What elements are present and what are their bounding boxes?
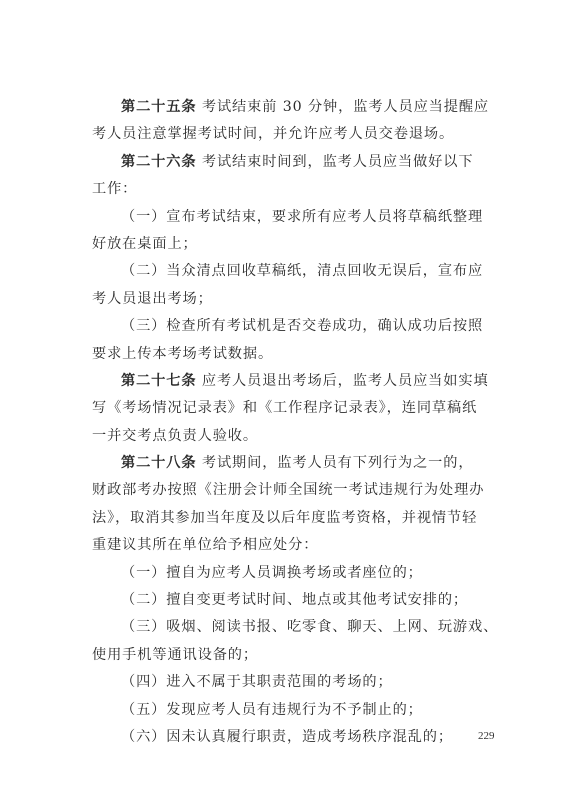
article-28-item-6: （六）因未认真履行职责，造成考场秩序混乱的； [92,724,472,751]
article-28-line-4: 重建议其所在单位给予相应处分： [92,532,472,559]
article-26-item-3-cont: 要求上传本考场考试数据。 [92,341,472,368]
line-text: 工作： [92,181,137,197]
line-text: 考人员注意掌握考试时间，并允许应考人员交卷退场。 [92,126,454,142]
line-text: （四）进入不属于其职责范围的考场的； [121,674,393,690]
line-text: 考试期间，监考人员有下列行为之一的， [196,455,473,471]
line-text: （六）因未认真履行职责，造成考场秩序混乱的； [121,729,453,745]
article-26-item-2-cont: 考人员退出考场； [92,286,472,313]
article-25-line-1: 第二十五条 考试结束前 30 分钟，监考人员应当提醒应 [92,94,472,121]
article-28-item-5: （五）发现应考人员有违规行为不予制止的； [92,697,472,724]
line-text: 使用手机等通讯设备的； [92,647,258,663]
line-text: 好放在桌面上； [92,236,198,252]
line-text: （三）吸烟、阅读书报、吃零食、聊天、上网、玩游戏、 [121,619,498,635]
line-text: （二）当众清点回收草稿纸，清点回收无误后，宣布应 [121,263,483,279]
article-28-line-3: 法》，取消其参加当年度及以后年度监考资格，并视情节轻 [92,505,472,532]
line-text: 财政部考办按照《注册会计师全国统一考试违规行为处理办 [92,482,484,498]
article-26-item-1: （一）宣布考试结束，要求所有应考人员将草稿纸整理 [92,204,472,231]
line-text: （一）宣布考试结束，要求所有应考人员将草稿纸整理 [121,209,483,225]
line-text: （二）擅自变更考试时间、地点或其他考试安排的； [121,592,468,608]
page-number: 229 [478,730,495,742]
line-text: （一）擅自为应考人员调换考场或者座位的； [121,565,423,581]
article-25-line-2: 考人员注意掌握考试时间，并允许应考人员交卷退场。 [92,121,472,148]
line-text: 考人员退出考场； [92,291,213,307]
line-text: 法》，取消其参加当年度及以后年度监考资格，并视情节轻 [92,510,477,526]
article-28-line-1: 第二十八条 考试期间，监考人员有下列行为之一的， [92,450,472,477]
article-26-item-1-cont: 好放在桌面上； [92,231,472,258]
article-26-item-2: （二）当众清点回收草稿纸，清点回收无误后，宣布应 [92,258,472,285]
article-heading: 第二十六条 [121,154,196,170]
article-27-line-2: 写《考场情况记录表》和《工作程序记录表》，连同草稿纸 [92,395,472,422]
line-text: 写《考场情况记录表》和《工作程序记录表》，连同草稿纸 [92,400,477,416]
article-28-item-3-cont: 使用手机等通讯设备的； [92,642,472,669]
article-26-line-1: 第二十六条 考试结束时间到，监考人员应当做好以下 [92,149,472,176]
line-text: 应考人员退出考场后，监考人员应当如实填 [196,373,488,389]
article-28-line-2: 财政部考办按照《注册会计师全国统一考试违规行为处理办 [92,477,472,504]
article-28-item-3: （三）吸烟、阅读书报、吃零食、聊天、上网、玩游戏、 [92,614,472,641]
document-body: 第二十五条 考试结束前 30 分钟，监考人员应当提醒应 考人员注意掌握考试时间，… [92,94,472,751]
article-heading: 第二十八条 [121,455,196,471]
line-text: 重建议其所在单位给予相应处分： [92,537,318,553]
line-text: 要求上传本考场考试数据。 [92,346,273,362]
line-text: 考试结束时间到，监考人员应当做好以下 [196,154,473,170]
line-text: （三）检查所有考试机是否交卷成功，确认成功后按照 [121,318,483,334]
article-28-item-4: （四）进入不属于其职责范围的考场的； [92,669,472,696]
line-text: 考试结束前 30 分钟，监考人员应当提醒应 [196,99,489,115]
article-26-item-3: （三）检查所有考试机是否交卷成功，确认成功后按照 [92,313,472,340]
article-27-line-3: 一并交考点负责人验收。 [92,423,472,450]
article-26-line-2: 工作： [92,176,472,203]
article-heading: 第二十七条 [121,373,196,389]
line-text: （五）发现应考人员有违规行为不予制止的； [121,702,423,718]
article-28-item-2: （二）擅自变更考试时间、地点或其他考试安排的； [92,587,472,614]
article-27-line-1: 第二十七条 应考人员退出考场后，监考人员应当如实填 [92,368,472,395]
article-heading: 第二十五条 [121,99,196,115]
line-text: 一并交考点负责人验收。 [92,428,258,444]
article-28-item-1: （一）擅自为应考人员调换考场或者座位的； [92,560,472,587]
